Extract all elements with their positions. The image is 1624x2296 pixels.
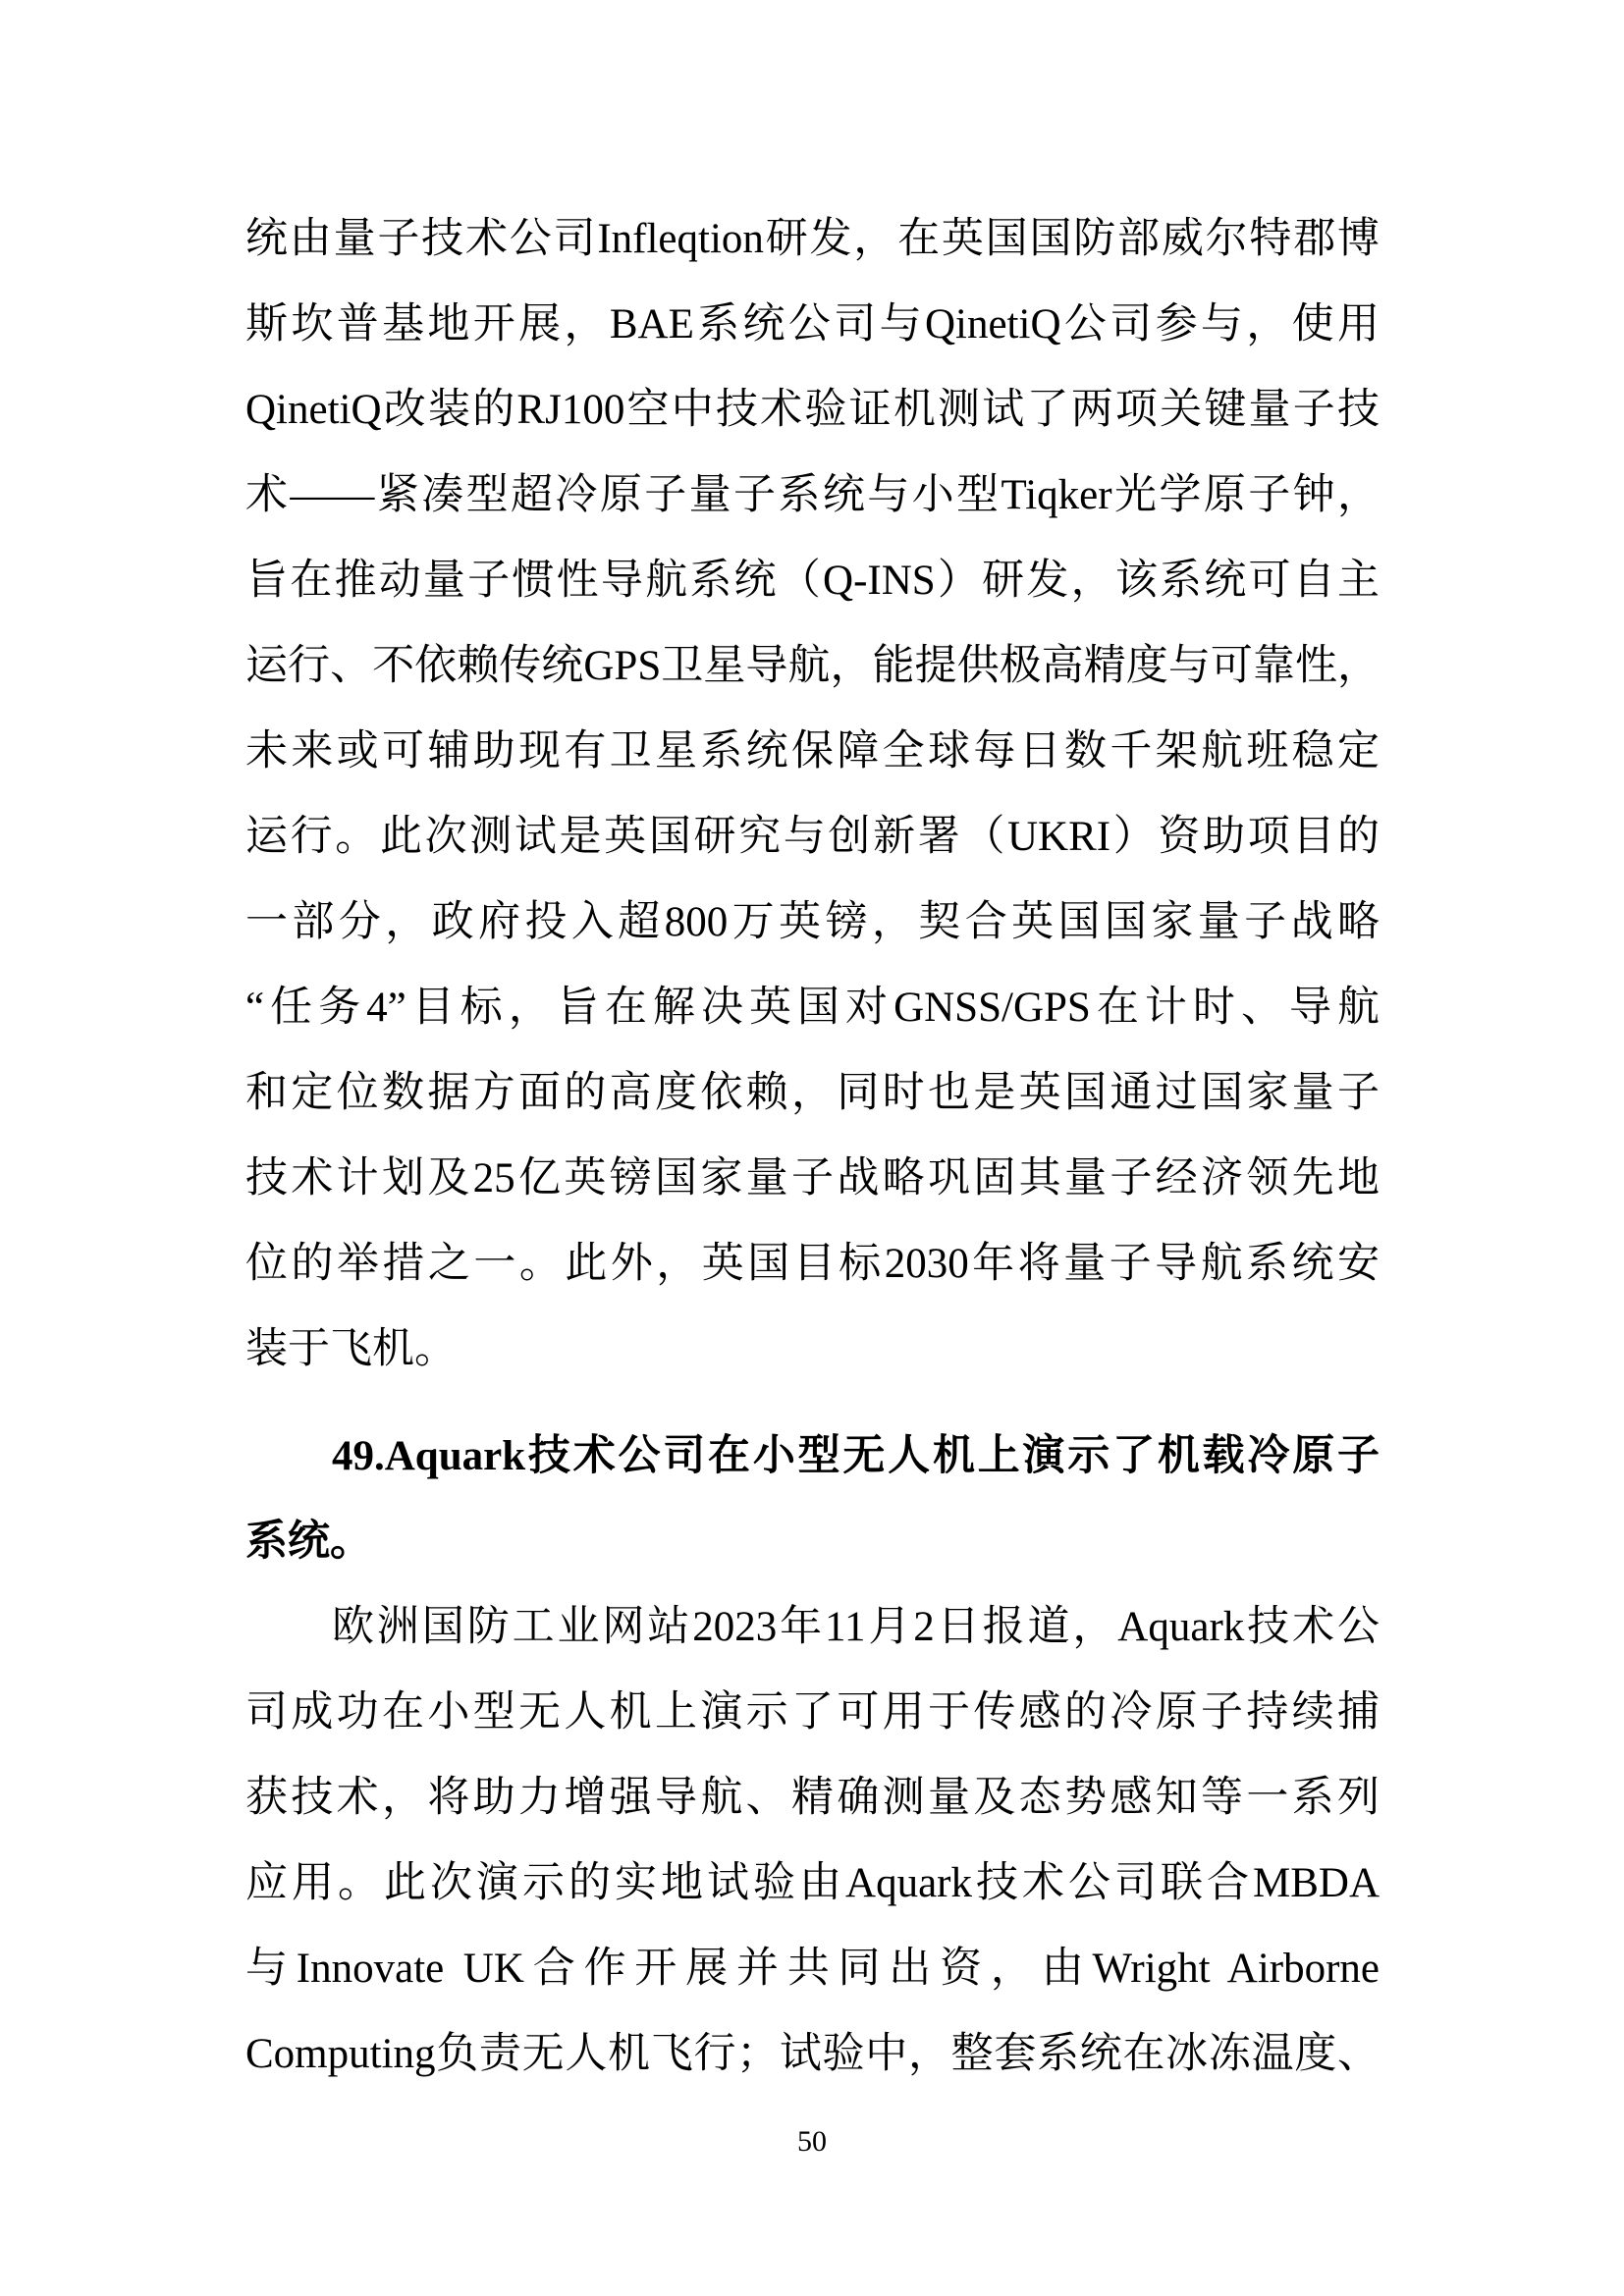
text-line: QinetiQ改装的RJ100空中技术验证机测试了两项关键量子技 xyxy=(245,367,1380,453)
text-line: 位的举措之一。此外，英国目标2030年将量子导航系统安 xyxy=(245,1221,1380,1307)
text-line: 斯坎普基地开展，BAE系统公司与QinetiQ公司参与，使用 xyxy=(245,282,1380,367)
text-line: 一部分，政府投入超800万英镑，契合英国国家量子战略 xyxy=(245,880,1380,965)
text-line: “任务4”目标，旨在解决英国对GNSS/GPS在计时、导航 xyxy=(245,965,1380,1050)
heading-line: 系统。 xyxy=(245,1499,1380,1584)
text-line: 运行。此次测试是英国研究与创新署（UKRI）资助项目的 xyxy=(245,794,1380,880)
page-number: 50 xyxy=(0,2122,1624,2162)
text-line: 统由量子技术公司Infleqtion研发，在英国国防部威尔特郡博 xyxy=(245,196,1380,282)
paragraph-continuation: 统由量子技术公司Infleqtion研发，在英国国防部威尔特郡博 斯坎普基地开展… xyxy=(245,196,1380,1392)
text-line: 装于飞机。 xyxy=(245,1307,1380,1392)
text-line: 和定位数据方面的高度依赖，同时也是英国通过国家量子 xyxy=(245,1050,1380,1136)
document-page: 统由量子技术公司Infleqtion研发，在英国国防部威尔特郡博 斯坎普基地开展… xyxy=(0,0,1624,2296)
text-line: 技术计划及25亿英镑国家量子战略巩固其量子经济领先地 xyxy=(245,1136,1380,1221)
text-line: 司成功在小型无人机上演示了可用于传感的冷原子持续捕 xyxy=(245,1670,1380,1755)
heading-line: 49.Aquark技术公司在小型无人机上演示了机载冷原子 xyxy=(245,1414,1380,1499)
text-line: 与Innovate UK合作开展并共同出资，由Wright Airborne xyxy=(245,1926,1380,2011)
text-line: 旨在推动量子惯性导航系统（Q-INS）研发，该系统可自主 xyxy=(245,538,1380,623)
section-heading: 49.Aquark技术公司在小型无人机上演示了机载冷原子 系统。 xyxy=(245,1414,1380,1584)
text-block: 统由量子技术公司Infleqtion研发，在英国国防部威尔特郡博 斯坎普基地开展… xyxy=(245,196,1380,2097)
text-line: 应用。此次演示的实地试验由Aquark技术公司联合MBDA xyxy=(245,1841,1380,1926)
text-line: 未来或可辅助现有卫星系统保障全球每日数千架航班稳定 xyxy=(245,709,1380,794)
text-line: Computing负责无人机飞行；试验中，整套系统在冰冻温度、 xyxy=(245,2011,1380,2097)
text-line: 获技术，将助力增强导航、精确测量及态势感知等一系列 xyxy=(245,1755,1380,1841)
text-line: 术——紧凑型超冷原子量子系统与小型Tiqker光学原子钟， xyxy=(245,453,1380,538)
text-line: 欧洲国防工业网站2023年11月2日报道，Aquark技术公 xyxy=(245,1584,1380,1670)
paragraph: 欧洲国防工业网站2023年11月2日报道，Aquark技术公 司成功在小型无人机… xyxy=(245,1584,1380,2097)
text-line: 运行、不依赖传统GPS卫星导航，能提供极高精度与可靠性， xyxy=(245,623,1380,709)
